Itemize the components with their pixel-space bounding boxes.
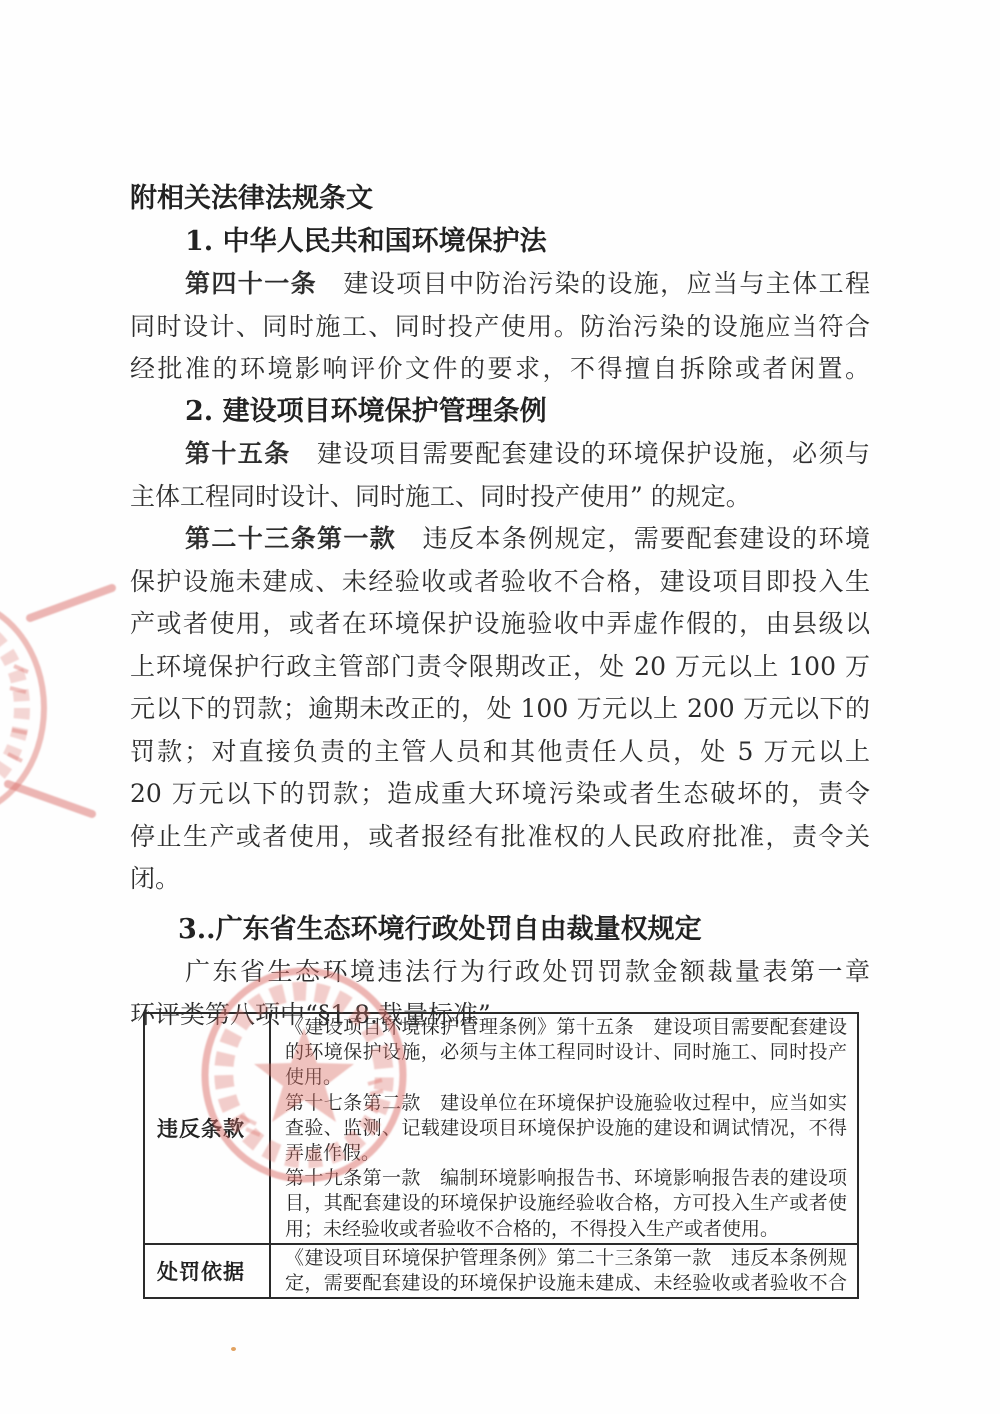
article-23-line: 20 万元以下的罚款；造成重大环境污染或者生态破坏的，责令 <box>130 773 870 816</box>
text-segment: 停止生产或者使用，或者报经有批准权的人民政府批准，责令关 <box>130 822 870 851</box>
table-cell-line: 使用。 <box>285 1065 847 1090</box>
article-23-line: 停止生产或者使用，或者报经有批准权的人民政府批准，责令关 <box>130 816 870 859</box>
text-segment: 罚款；对直接负责的主管人员和其他责任人员，处 5 万元以上 <box>130 737 870 766</box>
table-row: 违反条款《建设项目环境保护管理条例》第十五条 建设项目需要配套建设的环境保护设施… <box>145 1014 857 1243</box>
text-segment: 元以下的罚款；逾期未改正的，处 100 万元以上 200 万元以下的 <box>130 694 870 723</box>
partial-seal-stamp <box>0 578 130 828</box>
article-41-line: 经批准的环境影响评价文件的要求，不得擅自拆除或者闲置。 <box>130 348 870 391</box>
article-41-line: 同时设计、同时施工、同时投产使用。防治污染的设施应当符合 <box>130 306 870 349</box>
table-cell: 《建设项目环境保护管理条例》第二十三条第一款 违反本条例规定，需要配套建设的环境… <box>271 1245 857 1297</box>
text-segment: 建设项目需要配套建设的环境保护设施，必须与 <box>291 439 870 468</box>
table-cell-line: 定，需要配套建设的环境保护设施未建成、未经验收或者验收不合 <box>285 1271 847 1296</box>
article-23-line: 闭。 <box>130 858 870 901</box>
text-segment: 附相关法律法规条文 <box>130 183 373 214</box>
table-cell: 《建设项目环境保护管理条例》第十五条 建设项目需要配套建设的环境保护设施，必须与… <box>271 1014 857 1243</box>
table-cell-line: 用；未经验收或者验收不合格的，不得投入生产或者使用。 <box>285 1217 847 1242</box>
text-segment: 20 万元以下的罚款；造成重大环境污染或者生态破坏的，责令 <box>130 779 870 808</box>
section-2-heading: 2. 建设项目环境保护管理条例 <box>130 391 870 434</box>
table-cell-line: 第十七条第二款 建设单位在环境保护设施验收过程中，应当如实 <box>285 1091 847 1116</box>
table-cell-line: 《建设项目环境保护管理条例》第十五条 建设项目需要配套建设 <box>285 1015 847 1040</box>
table-cell-line: 查验、监测、记载建设项目环境保护设施的建设和调试情况，不得 <box>285 1116 847 1141</box>
text-segment: 第十五条 <box>185 439 291 468</box>
article-15-line: 第十五条 建设项目需要配套建设的环境保护设施，必须与 <box>130 433 870 476</box>
text-segment: 同时设计、同时施工、同时投产使用。防治污染的设施应当符合 <box>130 312 870 341</box>
table-row-header: 违反条款 <box>145 1014 271 1243</box>
article-23-line: 第二十三条第一款 违反本条例规定，需要配套建设的环境 <box>130 518 870 561</box>
text-segment: 3..广东省生态环境行政处罚自由裁量权规定 <box>178 914 702 945</box>
text-segment: 1. 中华人民共和国环境保护法 <box>185 226 547 257</box>
text-segment: 第二十三条第一款 <box>185 524 396 553</box>
text-segment: 广东省生态环境违法行为行政处罚罚款金额裁量表第一章 <box>185 957 870 986</box>
article-15-line: 主体工程同时设计、同时施工、同时投产使用” 的规定。 <box>130 476 870 519</box>
doc-title: 附相关法律法规条文 <box>130 178 870 221</box>
table-cell-line: 《建设项目环境保护管理条例》第二十三条第一款 违反本条例规 <box>285 1246 847 1271</box>
table-row-header-label: 违反条款 <box>157 1113 245 1143</box>
table-cell-line: 弄虚作假。 <box>285 1141 847 1166</box>
table-cell-line: 第十九条第一款 编制环境影响报告书、环境影响报告表的建设项 <box>285 1166 847 1191</box>
document-page: 附相关法律法规条文1. 中华人民共和国环境保护法第四十一条 建设项目中防治污染的… <box>0 0 1000 1414</box>
article-23-line: 元以下的罚款；逾期未改正的，处 100 万元以上 200 万元以下的 <box>130 688 870 731</box>
table-row-header-label: 处罚依据 <box>157 1256 245 1286</box>
text-segment: 上环境保护行政主管部门责令限期改正，处 20 万元以上 100 万 <box>130 652 870 681</box>
table-row: 处罚依据《建设项目环境保护管理条例》第二十三条第一款 违反本条例规定，需要配套建… <box>145 1243 857 1297</box>
text-segment: 2. 建设项目环境保护管理条例 <box>185 396 547 427</box>
article-23-line: 保护设施未建成、未经验收或者验收不合格，建设项目即投入生 <box>130 561 870 604</box>
text-segment: 保护设施未建成、未经验收或者验收不合格，建设项目即投入生 <box>130 567 870 596</box>
text-segment: 第四十一条 <box>185 269 317 298</box>
text-segment: 产或者使用，或者在环境保护设施验收中弄虚作假的，由县级以 <box>130 609 870 638</box>
table-cell-line: 的环境保护设施，必须与主体工程同时设计、同时施工、同时投产 <box>285 1040 847 1065</box>
table-cell-line: 目，其配套建设的环境保护设施经验收合格，方可投入生产或者使 <box>285 1191 847 1216</box>
penalty-table: 违反条款《建设项目环境保护管理条例》第十五条 建设项目需要配套建设的环境保护设施… <box>143 1012 859 1299</box>
article-23-line: 上环境保护行政主管部门责令限期改正，处 20 万元以上 100 万 <box>130 646 870 689</box>
text-segment: 违反本条例规定，需要配套建设的环境 <box>396 524 870 553</box>
text-segment: 经批准的环境影响评价文件的要求，不得擅自拆除或者闲置。 <box>130 354 870 383</box>
text-segment: 主体工程同时设计、同时施工、同时投产使用” 的规定。 <box>130 482 751 511</box>
text-segment: 闭。 <box>130 864 180 893</box>
article-23-line: 罚款；对直接负责的主管人员和其他责任人员，处 5 万元以上 <box>130 731 870 774</box>
document-body: 附相关法律法规条文1. 中华人民共和国环境保护法第四十一条 建设项目中防治污染的… <box>130 178 870 1036</box>
section-3-heading: 3..广东省生态环境行政处罚自由裁量权规定 <box>130 909 870 952</box>
table-row-header: 处罚依据 <box>145 1245 271 1297</box>
article-41-line: 第四十一条 建设项目中防治污染的设施，应当与主体工程 <box>130 263 870 306</box>
article-23-line: 产或者使用，或者在环境保护设施验收中弄虚作假的，由县级以 <box>130 603 870 646</box>
ink-dot <box>231 1347 236 1351</box>
text-segment: 建设项目中防治污染的设施，应当与主体工程 <box>317 269 870 298</box>
section-1-heading: 1. 中华人民共和国环境保护法 <box>130 221 870 264</box>
section-3-line: 广东省生态环境违法行为行政处罚罚款金额裁量表第一章 <box>130 951 870 994</box>
